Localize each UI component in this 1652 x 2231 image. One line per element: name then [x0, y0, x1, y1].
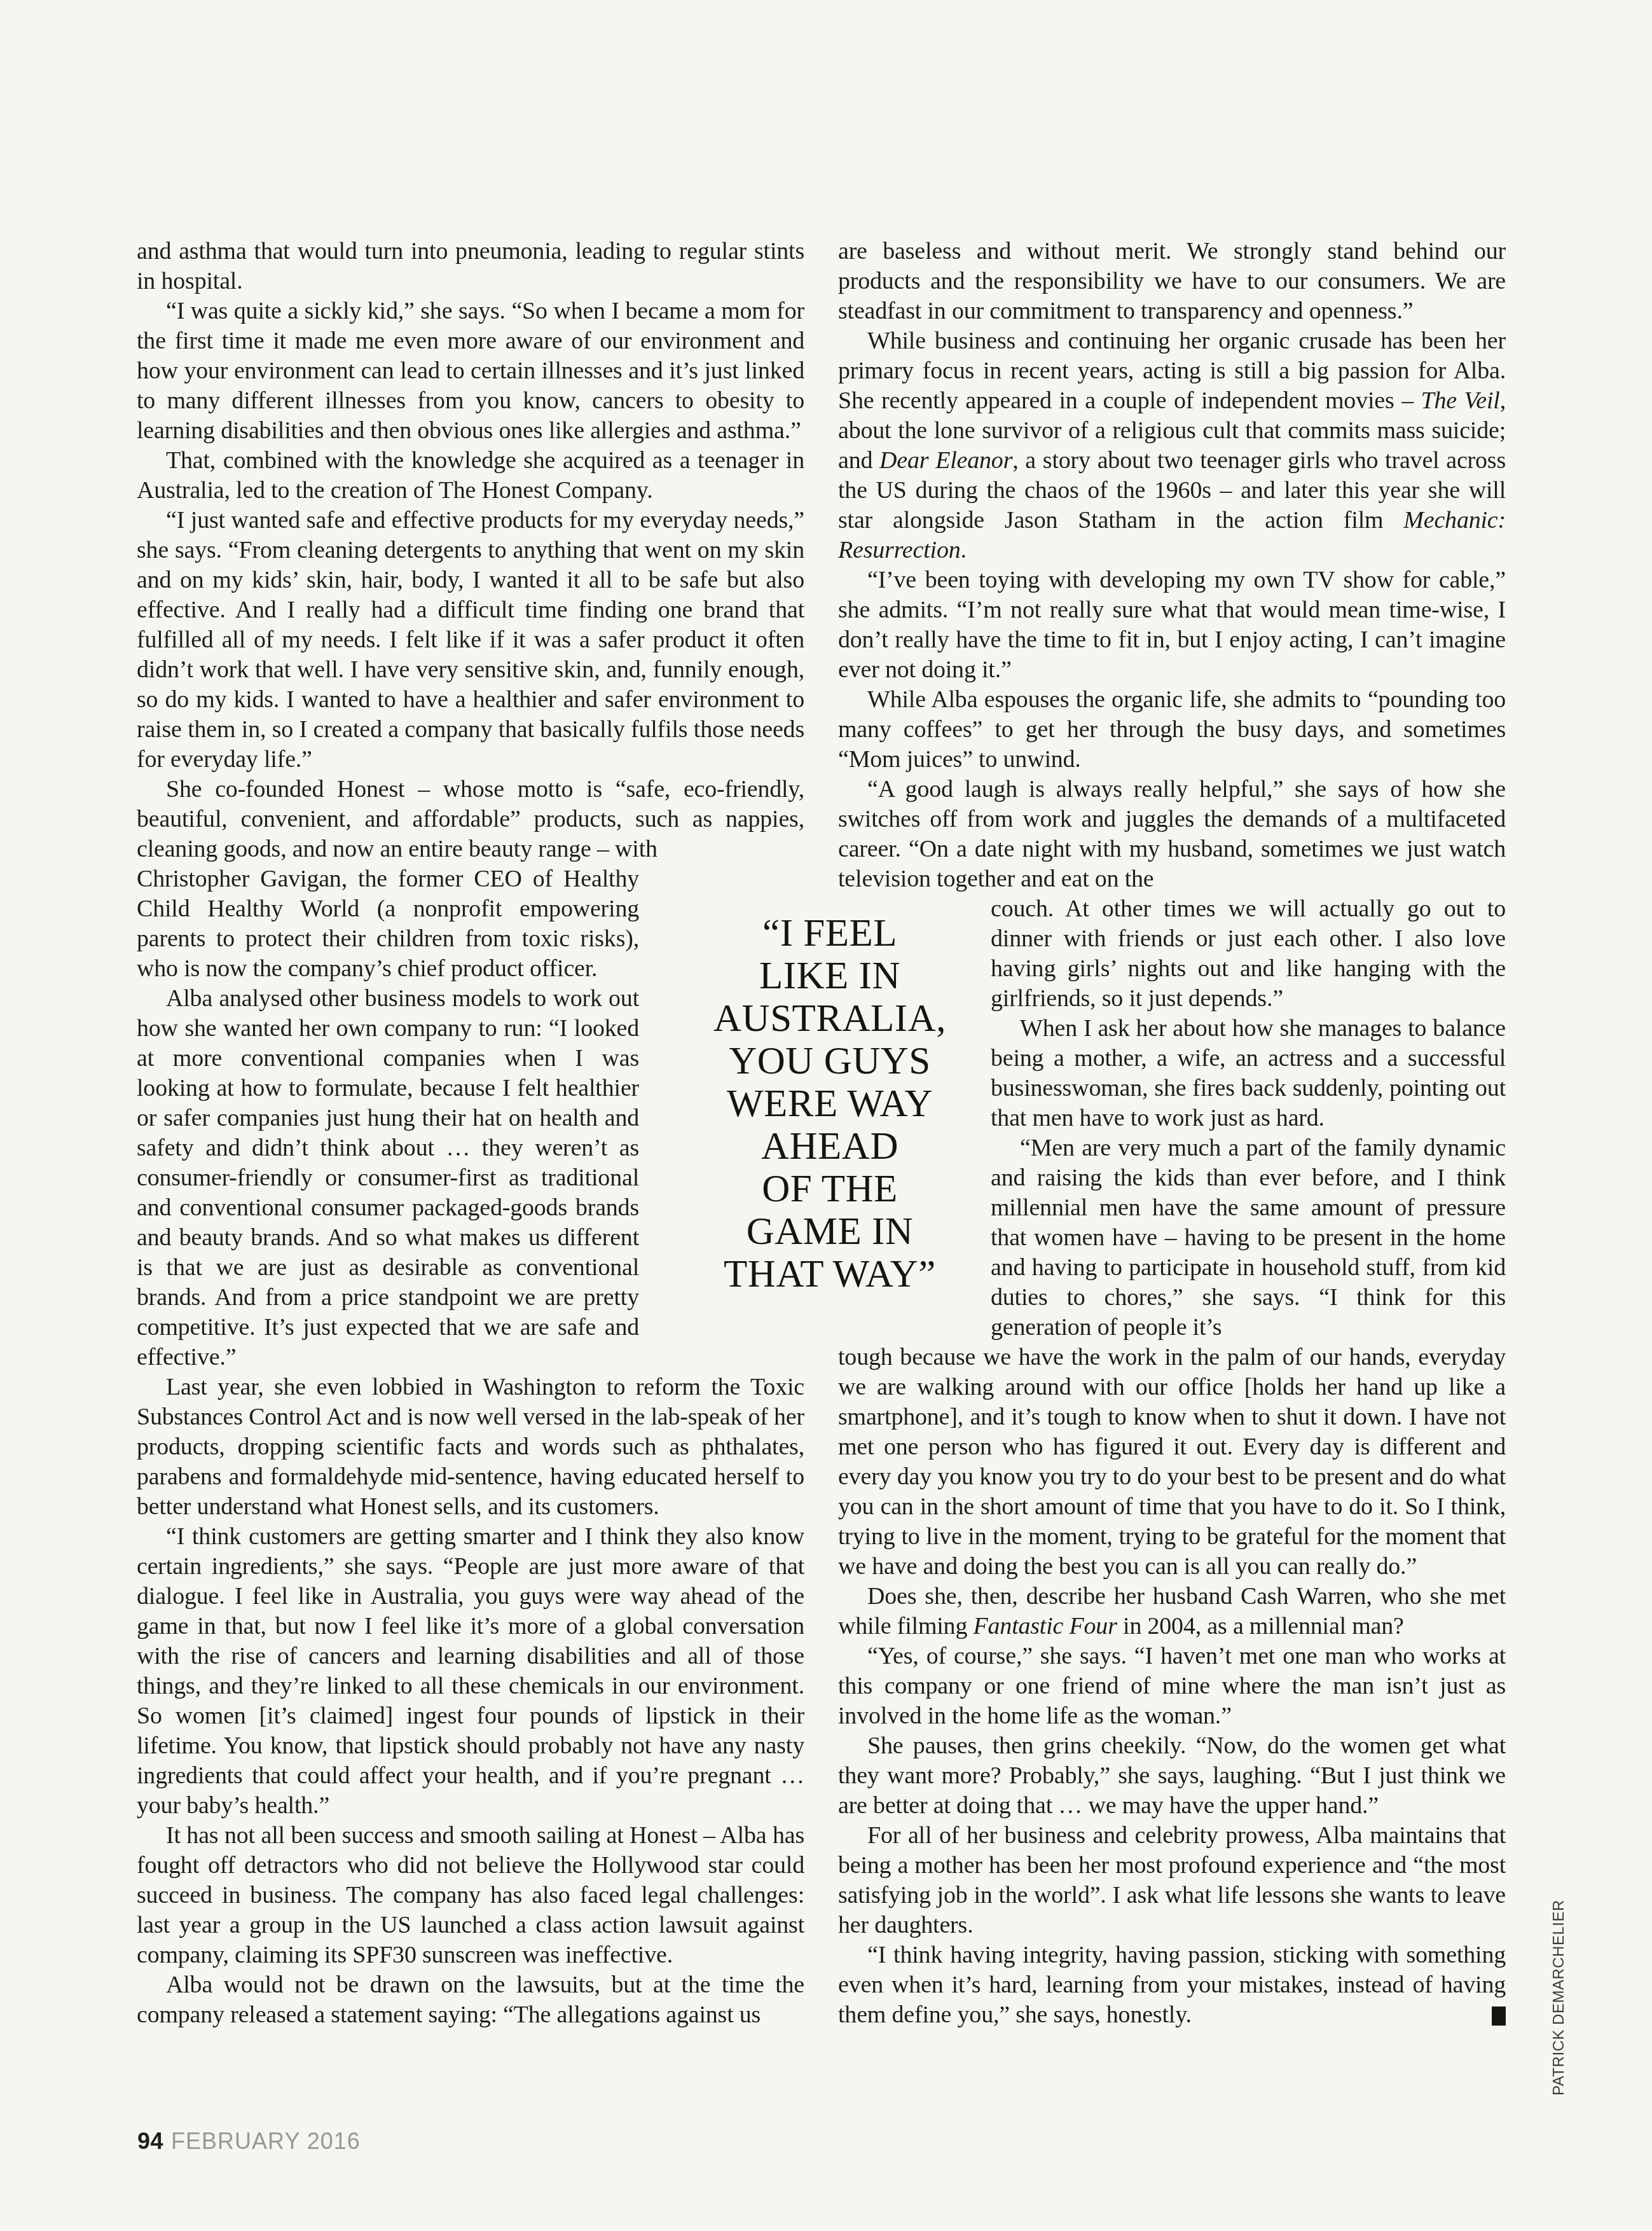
text-block-narrow: Christopher Gavigan, the former CEO of H…: [137, 864, 639, 1372]
text-block-full: Last year, she even lobbied in Washingto…: [137, 1372, 804, 2030]
body-text: “I just wanted safe and effective produc…: [137, 507, 804, 773]
body-text: Alba analysed other business models to w…: [137, 985, 639, 1371]
body-text: “I was quite a sickly kid,” she says. “S…: [137, 298, 804, 444]
paragraph: Does she, then, describe her husband Cas…: [838, 1582, 1506, 1641]
body-text: That, combined with the knowledge she ac…: [137, 447, 804, 504]
paragraph: “Men are very much a part of the family …: [991, 1133, 1506, 1343]
paragraph: It has not all been success and smooth s…: [137, 1821, 804, 1970]
body-text: .: [960, 537, 966, 563]
paragraph: She co-founded Honest – whose motto is “…: [137, 775, 804, 864]
text-block-full: are baseless and without merit. We stron…: [838, 237, 1506, 894]
issue-date: FEBRUARY 2016: [171, 2128, 361, 2154]
body-text: “I’ve been toying with developing my own…: [838, 567, 1506, 683]
paragraph: For all of her business and celebrity pr…: [838, 1821, 1506, 1940]
paragraph: She pauses, then grins cheekily. “Now, d…: [838, 1731, 1506, 1821]
body-text: “Men are very much a part of the family …: [991, 1135, 1506, 1341]
left-column: and asthma that would turn into pneumoni…: [137, 237, 804, 2030]
right-column: are baseless and without merit. We stron…: [838, 237, 1506, 2030]
paragraph: “Yes, of course,” she says. “I haven’t m…: [838, 1641, 1506, 1731]
movie-title: Fantastic Four: [974, 1613, 1117, 1640]
paragraph: and asthma that would turn into pneumoni…: [137, 237, 804, 296]
text-block-indent: couch. At other times we will actually g…: [991, 894, 1506, 1343]
body-text: For all of her business and celebrity pr…: [838, 1822, 1506, 1938]
text-block-full: tough because we have the work in the pa…: [838, 1343, 1506, 2030]
body-text: couch. At other times we will actually g…: [991, 895, 1506, 1012]
body-text: Christopher Gavigan, the former CEO of H…: [137, 866, 639, 982]
body-text: “Yes, of course,” she says. “I haven’t m…: [838, 1643, 1506, 1729]
paragraph: “I think having integrity, having passio…: [838, 1940, 1506, 2030]
paragraph: couch. At other times we will actually g…: [991, 894, 1506, 1014]
paragraph: When I ask her about how she manages to …: [991, 1014, 1506, 1133]
movie-title: Dear Eleanor: [879, 447, 1012, 474]
paragraph: tough because we have the work in the pa…: [838, 1343, 1506, 1582]
paragraph: Alba analysed other business models to w…: [137, 984, 639, 1372]
paragraph: Last year, she even lobbied in Washingto…: [137, 1372, 804, 1522]
end-of-article-mark: [1492, 2007, 1506, 2026]
body-text: in 2004, as a millennial man?: [1117, 1613, 1404, 1640]
paragraph: That, combined with the knowledge she ac…: [137, 446, 804, 506]
paragraph: Christopher Gavigan, the former CEO of H…: [137, 864, 639, 984]
paragraph: “I think customers are getting smarter a…: [137, 1522, 804, 1821]
paragraph: While Alba espouses the organic life, sh…: [838, 685, 1506, 775]
paragraph: “A good laugh is always really helpful,”…: [838, 775, 1506, 894]
body-text: Alba would not be drawn on the lawsuits,…: [137, 1972, 804, 2028]
body-text: When I ask her about how she manages to …: [991, 1015, 1506, 1131]
paragraph: While business and continuing her organi…: [838, 326, 1506, 565]
body-text: While Alba espouses the organic life, sh…: [838, 686, 1506, 773]
body-text: and asthma that would turn into pneumoni…: [137, 238, 804, 294]
body-text: While business and continuing her organi…: [838, 328, 1506, 414]
photographer-credit: PATRICK DEMARCHELIER: [1550, 1892, 1568, 2096]
text-block-full: and asthma that would turn into pneumoni…: [137, 237, 804, 864]
page-number: 94: [137, 2128, 163, 2154]
movie-title: The Veil: [1421, 387, 1500, 414]
body-text: She pauses, then grins cheekily. “Now, d…: [838, 1732, 1506, 1819]
body-text: Last year, she even lobbied in Washingto…: [137, 1374, 804, 1520]
paragraph: “I just wanted safe and effective produc…: [137, 506, 804, 775]
body-text: are baseless and without merit. We stron…: [838, 238, 1506, 324]
body-text: It has not all been success and smooth s…: [137, 1822, 804, 1968]
paragraph: “I was quite a sickly kid,” she says. “S…: [137, 296, 804, 446]
body-text: “I think customers are getting smarter a…: [137, 1523, 804, 1819]
body-text: tough because we have the work in the pa…: [838, 1344, 1506, 1580]
paragraph: Alba would not be drawn on the lawsuits,…: [137, 1970, 804, 2030]
footer: 94FEBRUARY 2016: [137, 2128, 361, 2155]
body-text: She co-founded Honest – whose motto is “…: [137, 776, 804, 862]
paragraph: are baseless and without merit. We stron…: [838, 237, 1506, 326]
body-text: “A good laugh is always really helpful,”…: [838, 776, 1506, 892]
magazine-page: “I FEELLIKE INAUSTRALIA,YOU GUYSWERE WAY…: [0, 0, 1652, 2231]
paragraph: “I’ve been toying with developing my own…: [838, 565, 1506, 685]
body-text: “I think having integrity, having passio…: [838, 1942, 1506, 2028]
